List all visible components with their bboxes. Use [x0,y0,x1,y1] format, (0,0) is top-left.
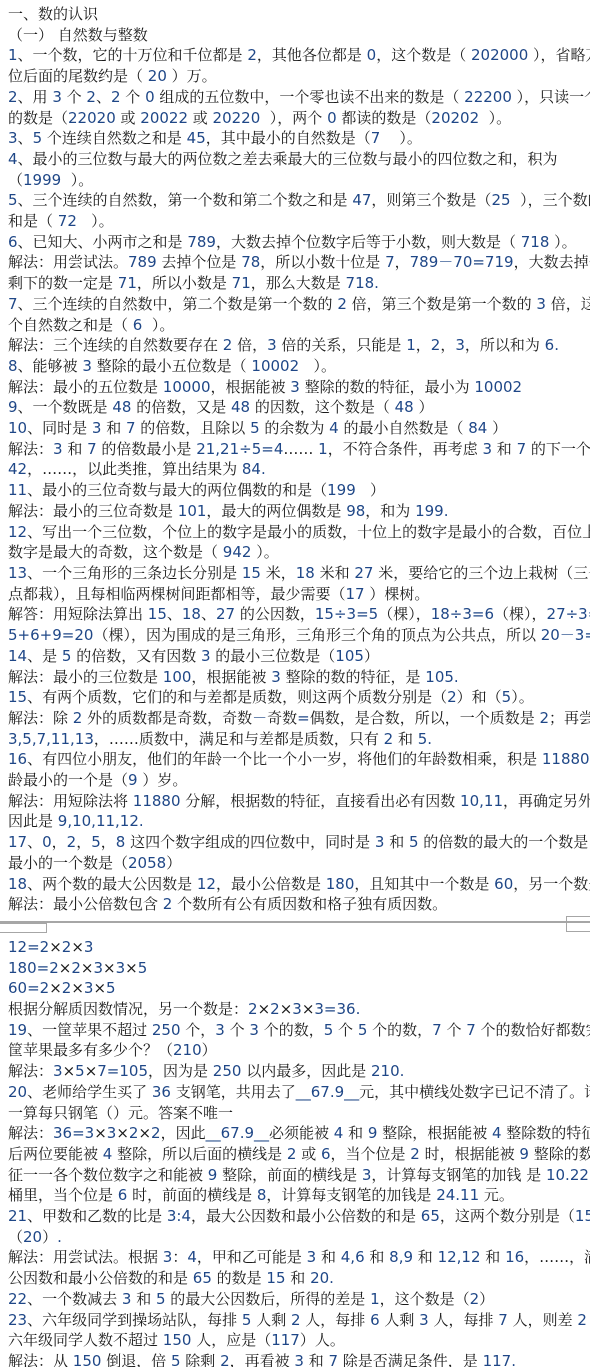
text-line: 解法：3×5×7=105，因为是 250 以内最多，因此是 210. [8,1061,582,1082]
number-text: 6. [545,336,559,354]
number-text: 3 [116,959,126,977]
number-text: 10002 [474,378,522,396]
number-text: 5 [138,959,148,977]
number-text: 3 [52,88,62,106]
text-line: 7、三个连续的自然数中，第二个数是第一个数的 2 倍，第三个数是第一个数的 3 … [8,294,582,315]
text-line: 六年级同学人数不超过 150 人，应是（117）人。 [8,1330,582,1351]
number-text: 24.11 [436,1186,479,1204]
number-text: 27 [216,605,235,623]
number-text: 789 [128,253,157,271]
number-text: 210. [371,1062,404,1080]
text-line: 3、5 个连续自然数之和是 45，其中最小的自然数是（7 ）。 [8,128,582,149]
number-text: 6 [118,1186,128,1204]
text-line: 和是（ 72 ）。 [8,211,582,232]
number-text: 21,21÷5=4 [196,440,283,458]
text-line: 12、写出一个三位数，个位上的数字是最小的质数，十位上的数字是最小的合数，百位上… [8,522,582,543]
number-text: 2 [163,895,173,913]
number-text: 3 [84,938,94,956]
number-text: 4,6 [341,1248,365,1266]
number-text: 6 [8,233,18,251]
number-text: 19 [8,1021,27,1039]
number-text: 15 [266,1269,285,1287]
number-text: 5 [75,1062,85,1080]
number-text: 2 [384,730,394,748]
number-text: 10000 [163,378,211,396]
text-line: 征一一各个数位数字之和能被 9 整除，前面的横线是 3，计算每支钢笔的加钱 是 … [8,1165,582,1186]
number-text: 42 [8,460,27,478]
text-line: 解法：3 和 7 的倍数最小是 21,21÷5=4…… 1，不符合条件，再考虑 … [8,439,582,460]
number-text: 12 [197,875,216,893]
text-line: 后两位要能被 4 整除，所以后面的横线是 2 或 6，当个位是 2 时，根据能被… [8,1144,582,1165]
number-text: 7=105 [97,1062,148,1080]
number-text: 199. [415,502,448,520]
number-text: 20 [148,67,167,85]
number-text: 718. [346,274,379,292]
text-line: 18、两个数的最大公因数是 12，最小公倍数是 180，且知其中一个数是 60，… [8,874,582,895]
text-line: 解法：用短除法将 11880 分解，根据数的特征，直接看出必有因数 10,11，… [8,791,582,812]
text-line: 60=2×2×3×5 [8,978,582,999]
text-line: 6、已知大、小两市之和是 789，大数去掉个位数字后等于小数，则大数是（ 718… [8,232,582,253]
number-text: 4 [492,1124,502,1142]
number-text: 105 [335,647,364,665]
page-edge-right-tab [566,916,590,932]
number-text: 48 [395,398,414,416]
number-text: 2058 [128,854,166,872]
number-text: 2 [270,1000,280,1018]
number-text: 2 [111,88,121,106]
number-text: 5 [250,419,260,437]
number-text: 2 [62,979,72,997]
number-text: 21 [8,1207,27,1225]
number-text: 6 [321,1145,331,1163]
text-line: 23、六年级同学到操场站队，每排 5 人剩 2 人，每排 6 人剩 3 人，每排… [8,1310,582,1331]
number-text: 20－3=17 [541,626,590,644]
number-text: 250 [152,1021,181,1039]
number-text: 18 [296,564,315,582]
number-text: 9 [128,771,138,789]
number-text: 3 [215,1021,225,1039]
text-line: 16、有四位小朋友，他们的年龄一个比一个小一岁，将他们的年龄数相乘，积是 118… [8,749,582,770]
number-text: 3 [107,1124,117,1142]
number-text: 47 [352,191,371,209]
number-text: 1999 [23,171,61,189]
number-text: 3 [163,1248,173,1266]
number-text: 13 [8,564,27,582]
number-text: 5 [91,833,101,851]
text-line: 解答：用短除法算出 15、18、27 的公因数，15÷3=5（棵），18÷3=6… [8,604,582,625]
number-text: 1 [318,440,328,458]
number-text: 2 [540,709,550,727]
number-text: . [57,1228,62,1246]
number-text: 72 [58,212,77,230]
number-text: 2 [151,1124,161,1142]
text-line: 解法：最小的三位数是 100，根据能被 3 整除的数的特征，是 105. [8,667,582,688]
number-text: 0 [42,833,52,851]
text-line: 一算每只钢笔（）元。答案不唯一 [8,1103,582,1124]
number-text: 5 [171,1352,181,1367]
number-text: 20 [23,1228,42,1246]
number-text: 199 [327,481,356,499]
number-text: 250 [213,1062,242,1080]
number-text: 2 [223,336,233,354]
number-text: 20. [310,1269,334,1287]
number-text: 7 [498,1311,508,1329]
number-text: 7 [8,295,18,313]
text-line: 解法：三个连续的自然数要存在 2 倍，3 倍的关系，只能是 1，2，3，所以和为… [8,335,582,356]
number-text: 2 [73,709,83,727]
number-text: 11 [8,481,27,499]
text-line: 点都栽），且每相临两棵树间距都相等，最少需要（17 ）棵树。 [8,584,582,605]
text-line: 龄最小的一个是（9 ）岁。 [8,770,582,791]
number-text: 1 [406,336,416,354]
number-text: 4 [329,419,339,437]
text-line: 解法：用尝试法。789 去掉个位是 78，所以小数十位是 7，789－70=71… [8,252,582,273]
number-text: 15 [8,688,27,706]
text-line: 9、一个数既是 48 的倍数，又是 48 的因数，这个数是（ 48 ） [8,397,582,418]
number-text: 6 [133,316,143,334]
text-line: 位后面的尾数约是（ 20 ）万。 [8,66,582,87]
number-text: 3 [292,1000,302,1018]
number-text: 3 [249,1021,259,1039]
number-text: 15 [242,564,261,582]
number-text: 12,12 [438,1248,481,1266]
number-text: 71 [118,274,137,292]
number-text: 15 [575,1207,590,1225]
number-text: 18 [8,875,27,893]
number-text: 2 [410,1145,420,1163]
number-text: 3 [455,336,465,354]
number-text: 3 [82,357,92,375]
number-text: 84 [468,419,487,437]
text-line: 的数是（22020 或 20022 或 20220 ），两个 0 都读的数是（2… [8,108,582,129]
number-text: 2 [577,1311,587,1329]
number-text: 4 [334,1124,344,1142]
text-line: 42，……，以此类推，算出结果为 84. [8,459,582,480]
number-text: 105. [425,668,458,686]
number-text: 117. [483,1352,516,1367]
text-line: 因此是 9,10,11,12. [8,811,582,832]
number-text: 3 [290,378,300,396]
number-text: 20 [8,1083,27,1101]
number-text: 2 [337,295,347,313]
number-text: 3 [375,833,385,851]
number-text: 3 [307,1248,317,1266]
number-text: 2 [62,938,72,956]
text-line: 13、一个三角形的三条边长分别是 15 米，18 米和 27 米，要给它的三个边… [8,563,582,584]
number-text: 23 [8,1311,27,1329]
number-text: 98 [346,502,365,520]
number-text: 1 [370,1290,380,1308]
text-line: 解法：36=3×3×2×2，因此__67.9__必须能被 4 和 9 整除，根据… [8,1123,582,1144]
number-text: 8 [8,357,18,375]
number-text: 3 [419,1311,429,1329]
number-text: 7 [371,129,381,147]
document-title: 一、数的认识 [8,4,582,25]
number-text: 1 [8,46,18,64]
text-line: 解法：最小的三位奇数是 101，最大的两位偶数是 98，和为 199. [8,501,582,522]
number-text: 3 [536,295,546,313]
number-text: 4 [187,1248,197,1266]
number-text: 11880 [133,792,181,810]
number-text: 4 [103,1145,113,1163]
number-text: 2 [431,336,441,354]
number-text: 2 [220,1352,230,1367]
number-text: 5 [502,688,512,706]
number-text: 9 [208,1166,218,1184]
number-text: 10.22 [546,1166,589,1184]
number-text: 2 [447,688,457,706]
text-line: 1、一个数，它的十万位和千位都是 2，其他各位都是 0，这个数是（ 202000… [8,45,582,66]
number-text: 3 [84,979,94,997]
number-text: 60 [494,875,513,893]
number-text: 5+6+9=20 [8,626,93,644]
number-text: 8 [116,833,126,851]
number-text: 10,11 [460,792,503,810]
number-text: 117 [271,1331,300,1349]
number-text: 5 [8,191,18,209]
text-line: 4、最小的三位数与最大的两位数之差去乘最大的三位数与最小的四位数之和，积为 [8,149,582,170]
text-line: （一） 自然数与整数 [8,25,582,46]
number-text: 0 [327,109,337,127]
number-text: 3 [294,1352,304,1367]
number-text: 9 [8,398,18,416]
number-text: 7 [466,1021,476,1039]
number-text: 22200 [464,88,512,106]
number-text: 7 [328,1352,338,1367]
page-break-divider [0,915,590,937]
number-text: 5 [62,647,72,665]
number-text: 16 [8,750,27,768]
number-text: 20202 [431,109,479,127]
text-line: 12=2×2×3 [8,937,582,958]
number-text: － [252,709,267,727]
text-line: 最小的一个数是（2058） [8,853,582,874]
number-text: 14 [8,647,27,665]
number-text: 22020 [68,109,116,127]
number-text: 20220 [213,109,261,127]
number-text: 17 [8,833,27,851]
number-text: 0 [145,88,155,106]
number-text: 180 [326,875,355,893]
number-text: 2 [470,1290,480,1308]
number-text: 3 [271,668,281,686]
document-page-2: 12=2×2×3180=2×2×3×3×560=2×2×3×5根据分解质因数情况… [8,937,582,1367]
text-line: 19、一筐苹果不超过 250 个，3 个 3 个的数，5 个 5 个的数，7 个… [8,1020,582,1041]
number-text: 3:4 [167,1207,191,1225]
number-text: 25 [491,191,510,209]
text-line: 3,5,7,11,13，……质数中，满足和与差都是质数，只有 2 和 5. [8,729,582,750]
number-text: 3 [53,440,63,458]
number-text: 150 [73,1352,102,1367]
number-text: 15 [148,605,167,623]
number-text: 5 [409,833,419,851]
text-line: 10、同时是 3 和 7 的倍数，且除以 5 的余数为 4 的最小自然数是（ 8… [8,418,582,439]
number-text: 9 [368,1124,378,1142]
text-line: 22、一个数减去 3 和 5 的最大公因数后，所得的差是 1，这个数是（2） [8,1289,582,1310]
number-text: 5 [358,1021,368,1039]
number-text: 3 [92,419,102,437]
number-text: 5 [33,129,43,147]
number-text: 6 [370,1311,380,1329]
number-text: 78 [241,253,260,271]
number-text: 789 [187,233,216,251]
number-text: 48 [231,398,250,416]
number-text: 7 [385,253,395,271]
number-text: = [297,709,310,727]
number-text: 10 [8,419,27,437]
number-text: 210 [173,1041,202,1059]
number-text: 3,5,7,11,13 [8,730,94,748]
document-body: 一、数的认识（一） 自然数与整数1、一个数，它的十万位和千位都是 2，其他各位都… [0,0,590,1367]
number-text: 10002 [251,357,299,375]
number-text: 27÷3=9 [547,605,590,623]
number-text: 100 [163,668,192,686]
number-text: 36=3 [53,1124,94,1142]
number-text: 16 [505,1248,524,1266]
number-text: 12=2 [8,938,49,956]
number-text: 0 [367,46,377,64]
number-text: 27 [354,564,373,582]
number-text: 17 [346,585,365,603]
page-edge-left-tab [0,923,47,933]
number-text: 2 [287,1145,297,1163]
number-text: 3 [53,1062,63,1080]
text-line: 解法：用尝试法。根据 3：4，甲和乙可能是 3 和 4,6 和 8,9 和 12… [8,1247,582,1268]
page-break-line [0,921,590,923]
number-text: 4 [8,150,18,168]
number-text: 18 [182,605,201,623]
number-text: 2 [8,88,18,106]
number-text: 3=36. [314,1000,360,1018]
number-text: 71 [232,274,251,292]
text-line: 桶里，当个位是 6 时，前面的横线是 8，计算每支钢笔的加钱是 24.11 元。 [8,1185,582,1206]
number-text: 150 [163,1331,192,1349]
number-text: 12 [8,523,27,541]
text-line: 5+6+9=20（棵），因为围成的是三角形，三角形三个角的顶点为公共点，所以 2… [8,625,582,646]
text-line: （20）. [8,1227,582,1248]
number-text: __67.9__ [296,1083,359,1101]
number-text: 15÷3=5 [315,605,378,623]
number-text: 36 [152,1083,171,1101]
text-line: 15、有两个质数，它们的和与差都是质数，则这两个质数分别是（2）和（5）。 [8,687,582,708]
text-line: 5、三个连续的自然数，第一个数和第二个数之和是 47，则第三个数是（25 ），三… [8,190,582,211]
number-text: 9,10,11,12. [58,812,144,830]
number-text: 101 [178,502,207,520]
text-line: 数字是最大的奇数，这个数是（ 942 ）。 [8,542,582,563]
number-text: 84. [242,460,266,478]
number-text: 3 [8,129,18,147]
number-text: 8 [257,1186,267,1204]
number-text: 789－70=719 [410,253,514,271]
number-text: 2 [248,1000,258,1018]
number-text: 3 [122,1290,132,1308]
number-text: 5 [242,1311,252,1329]
number-text: 2 [86,88,96,106]
text-line: 解法：最小公倍数包含 2 个数所有公有质因数和格子独有质因数。 [8,894,582,915]
text-line: 21、甲数和乙数的比是 3:4，最大公因数和最小公倍数的和是 65，这两个数分别… [8,1206,582,1227]
number-text: 22 [8,1290,27,1308]
number-text: 8,9 [389,1248,413,1266]
number-text: 718 [521,233,550,251]
number-text: 20022 [140,109,188,127]
number-text: 5 [324,1021,334,1039]
text-line: 解法：最小的五位数是 10000，根据能被 3 整除的数的特征，最小为 1000… [8,377,582,398]
number-text: __67.9__ [206,1124,269,1142]
number-text: 9 [519,1145,529,1163]
text-line: 筐苹果最多有多少个？（210） [8,1040,582,1061]
number-text: 942 [223,543,252,561]
text-line: （1999 ）。 [8,170,582,191]
text-line: 180=2×2×3×3×5 [8,958,582,979]
number-text: 11880 [542,750,590,768]
text-line: 17、0，2，5，8 这四个数字组成的四位数中，同时是 3 和 5 的倍数的最大… [8,832,582,853]
number-text: 2 [129,1124,139,1142]
number-text: 5. [418,730,432,748]
number-text: 2 [71,959,81,977]
number-text: 5 [156,1290,166,1308]
text-line: 11、最小的三位奇数与最大的两位偶数的和是（199 ） [8,480,582,501]
text-line: 个自然数之和是（ 6 ）。 [8,315,582,336]
number-text: 3 [267,336,277,354]
number-text: 5 [106,979,116,997]
number-text: 202000 [471,46,528,64]
number-text: 7 [517,440,527,458]
number-text: 65 [193,1269,212,1287]
number-text: 45 [187,129,206,147]
number-text: 2 [291,1311,301,1329]
number-text: 7 [87,440,97,458]
text-line: 解法：从 150 倒退，倍 5 除剩 2，再看被 3 和 7 除是否满足条件，是… [8,1351,582,1367]
number-text: 18÷3=6 [431,605,494,623]
text-line: 解法：除 2 外的质数都是奇数，奇数－奇数=偶数，是合数，所以，一个质数是 2；… [8,708,582,729]
number-text: 60=2 [8,979,49,997]
text-line: 20、老师给学生买了 36 支钢笔，共用去了__67.9__元，其中横线处数字已… [8,1082,582,1103]
text-line: 8、能够被 3 整除的最小五位数是（ 10002 ）。 [8,356,582,377]
number-text: 3 [362,1166,372,1184]
document-page-1: 一、数的认识（一） 自然数与整数1、一个数，它的十万位和千位都是 2，其他各位都… [8,4,582,915]
number-text: 2 [67,833,77,851]
number-text: 7 [432,1021,442,1039]
text-line: 剩下的数一定是 71，所以小数是 71，那么大数是 718. [8,273,582,294]
number-text: 48 [112,398,131,416]
text-line: 公因数和最小公倍数的和是 65 的数是 15 和 20. [8,1268,582,1289]
number-text: 3 [482,440,492,458]
number-text: 65 [421,1207,440,1225]
number-text: 2 [247,46,257,64]
text-line: 14、是 5 的倍数，又有因数 3 的最小三位数是（105） [8,646,582,667]
number-text: 3 [201,647,211,665]
text-line: 根据分解质因数情况，另一个数是：2×2×3×3=36. [8,999,582,1020]
number-text: 7 [126,419,136,437]
number-text: 3 [93,959,103,977]
text-line: 2、用 3 个 2、2 个 0 组成的五位数中，一个零也读不出来的数是（ 222… [8,87,582,108]
number-text: 180=2 [8,959,59,977]
